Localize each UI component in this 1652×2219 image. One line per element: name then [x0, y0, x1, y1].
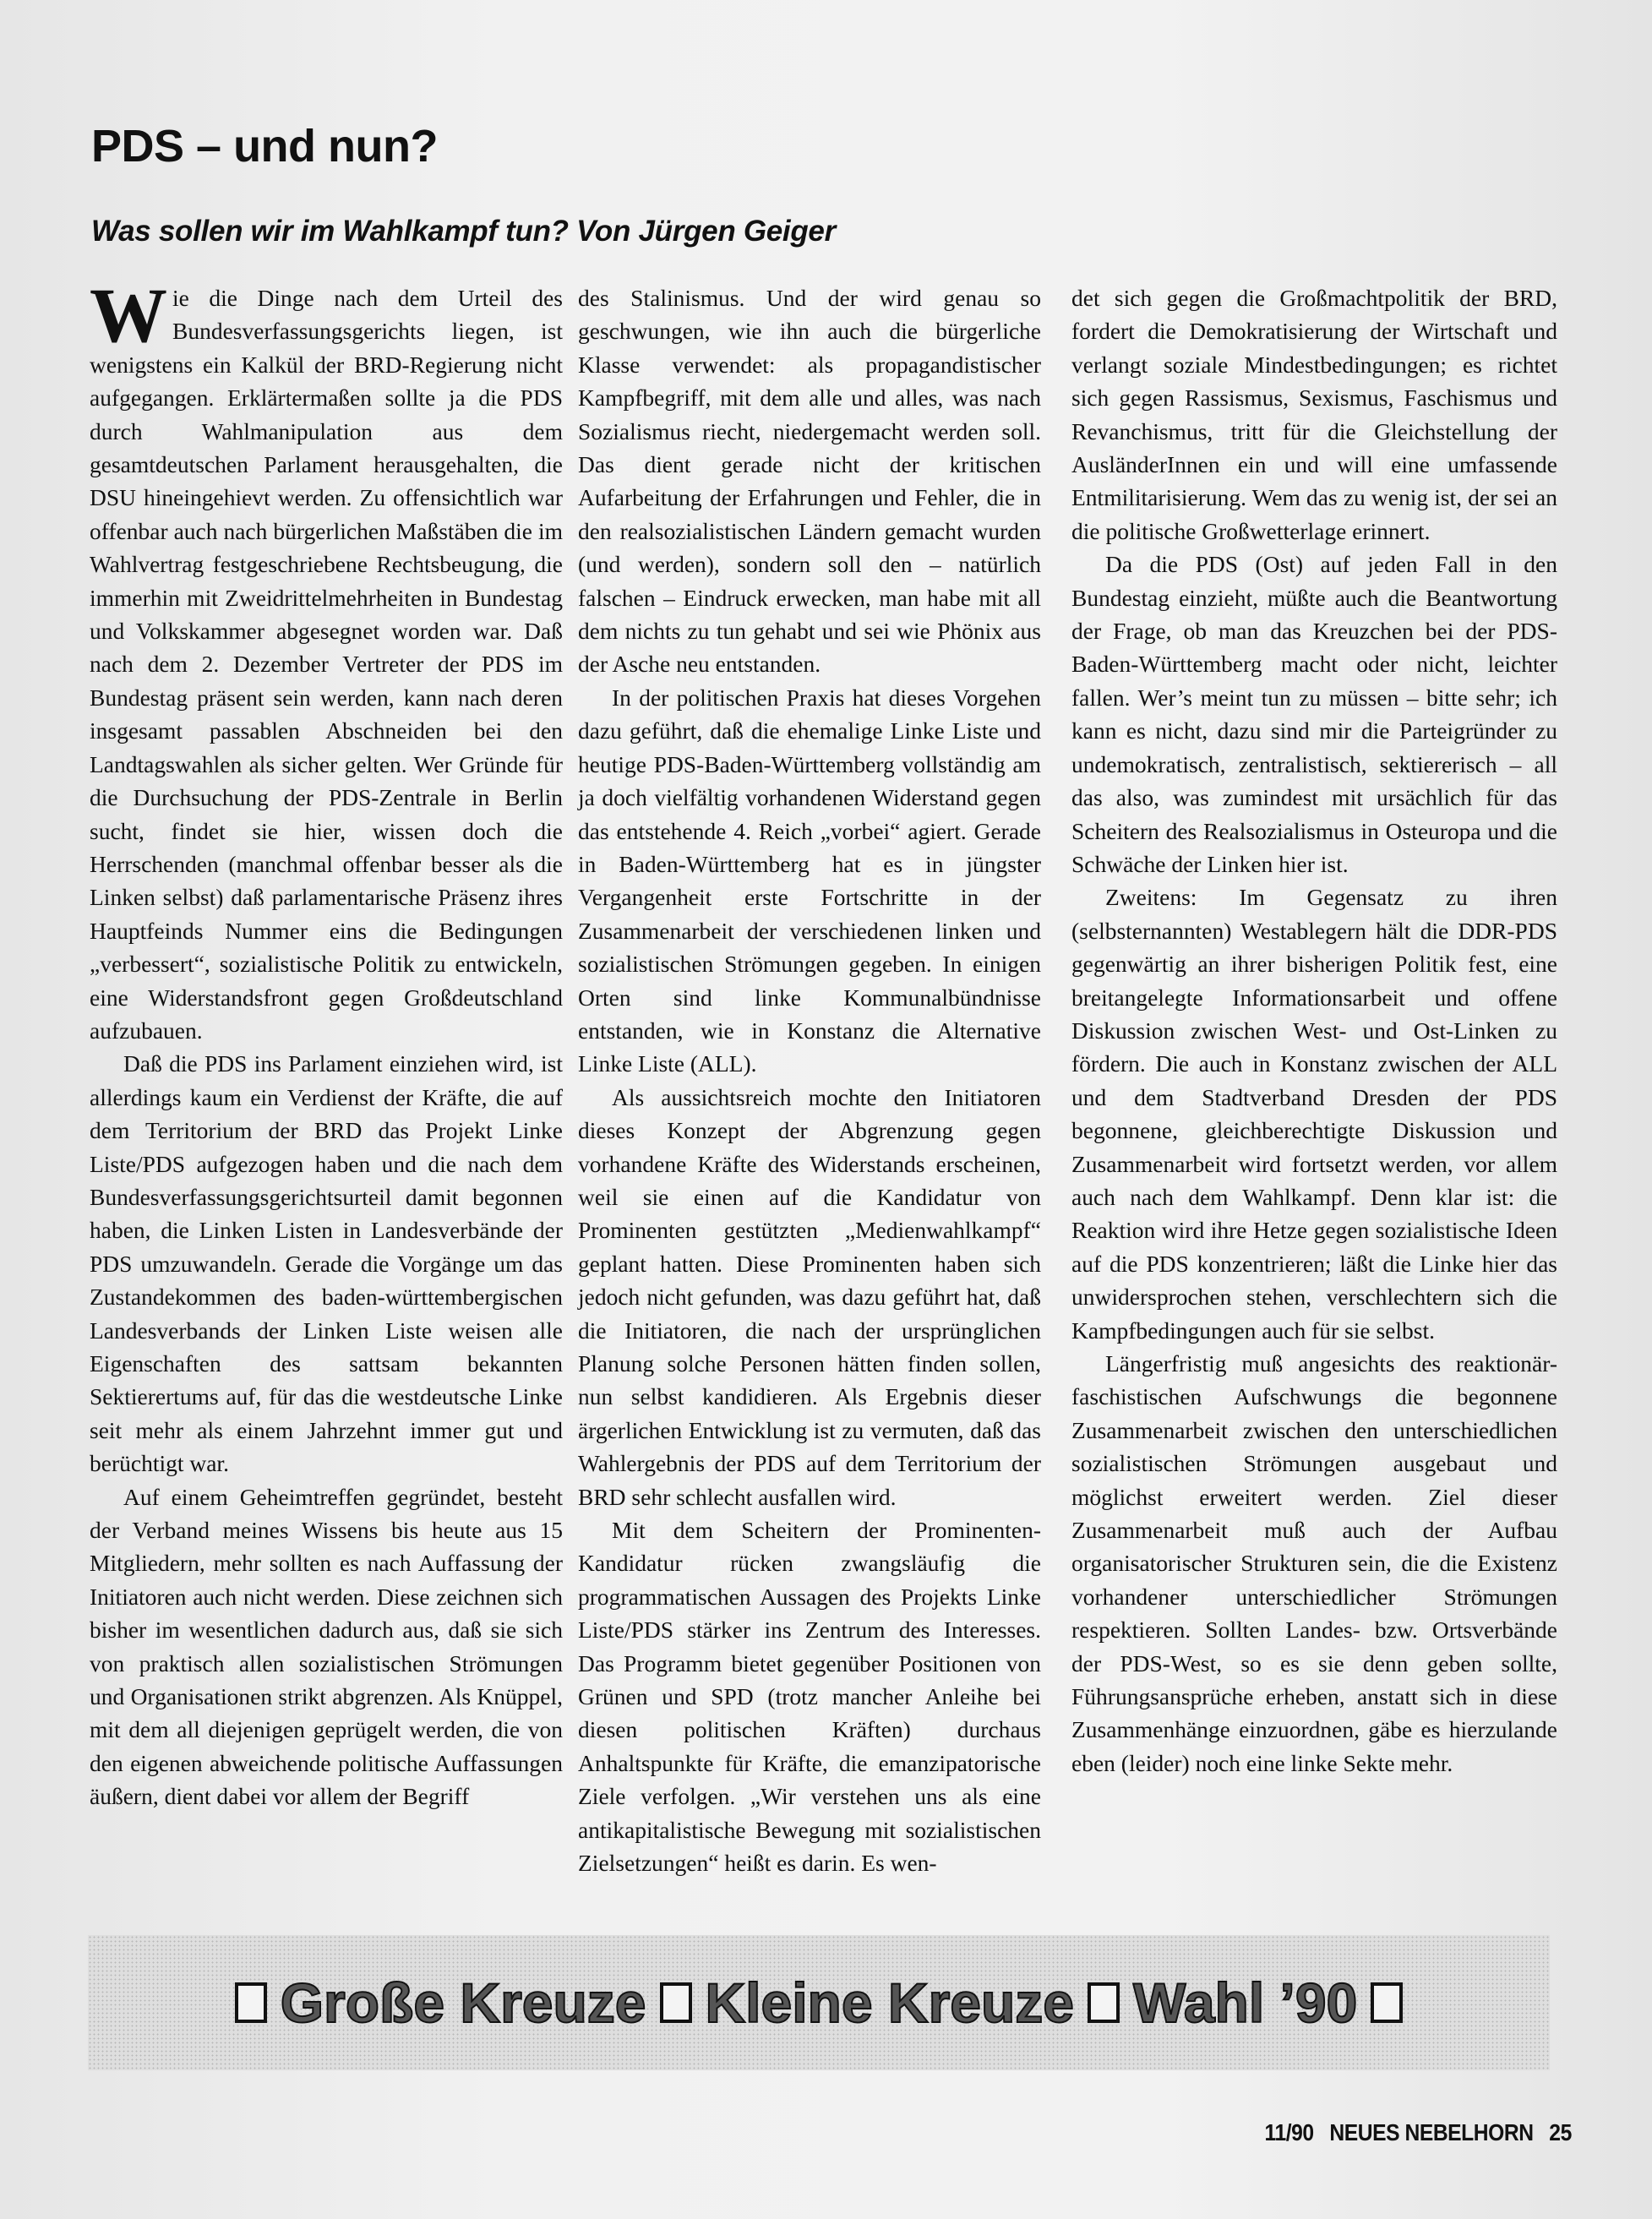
election-banner: Große Kreuze Kleine Kreuze Wahl ’90: [88, 1935, 1550, 2070]
drop-cap: W: [90, 285, 167, 346]
column-3: det sich gegen die Großmachtpolitik der …: [1071, 281, 1557, 1780]
paragraph: det sich gegen die Großmachtpolitik der …: [1071, 281, 1557, 548]
paragraph: Daß die PDS ins Parlament einziehen wird…: [90, 1047, 563, 1480]
empty-ballot-box-icon: [660, 1982, 692, 2023]
issue-number: 11/90: [1265, 2119, 1314, 2145]
empty-ballot-box-icon: [1371, 1982, 1403, 2023]
paragraph: des Stalinismus. Und der wird genau so g…: [578, 281, 1041, 681]
page-number: 25: [1549, 2119, 1572, 2145]
banner-item: Große Kreuze: [281, 1971, 646, 2035]
empty-ballot-box-icon: [1088, 1982, 1120, 2023]
paragraph: Mit dem Scheitern der Prominenten-Kandid…: [578, 1513, 1041, 1879]
page-footer: 11/90 NEUES NEBELHORN 25: [1254, 2119, 1572, 2146]
publication-name: NEUES NEBELHORN: [1330, 2119, 1534, 2145]
paragraph: Wie die Dinge nach dem Urteil des Bundes…: [90, 281, 563, 1047]
column-2: des Stalinismus. Und der wird genau so g…: [578, 281, 1041, 1880]
paragraph: Da die PDS (Ost) auf jeden Fall in den B…: [1071, 548, 1557, 881]
paragraph: In der politischen Praxis hat dieses Vor…: [578, 681, 1041, 1081]
empty-ballot-box-icon: [235, 1982, 267, 2023]
banner-item: Kleine Kreuze: [706, 1971, 1074, 2035]
article-title: PDS – und nun?: [91, 120, 438, 172]
paragraph: Zweitens: Im Gegensatz zu ihren (selbste…: [1071, 881, 1557, 1347]
banner-item: Wahl ’90: [1133, 1971, 1357, 2035]
paragraph: Längerfristig muß angesichts des reaktio…: [1071, 1347, 1557, 1780]
article-subtitle: Was sollen wir im Wahlkampf tun? Von Jür…: [91, 215, 836, 248]
paragraph: Als aussichtsreich mochte den Initiatore…: [578, 1081, 1041, 1513]
column-1: Wie die Dinge nach dem Urteil des Bundes…: [90, 281, 563, 1813]
paragraph: Auf einem Geheimtreffen gegründet, beste…: [90, 1480, 563, 1813]
